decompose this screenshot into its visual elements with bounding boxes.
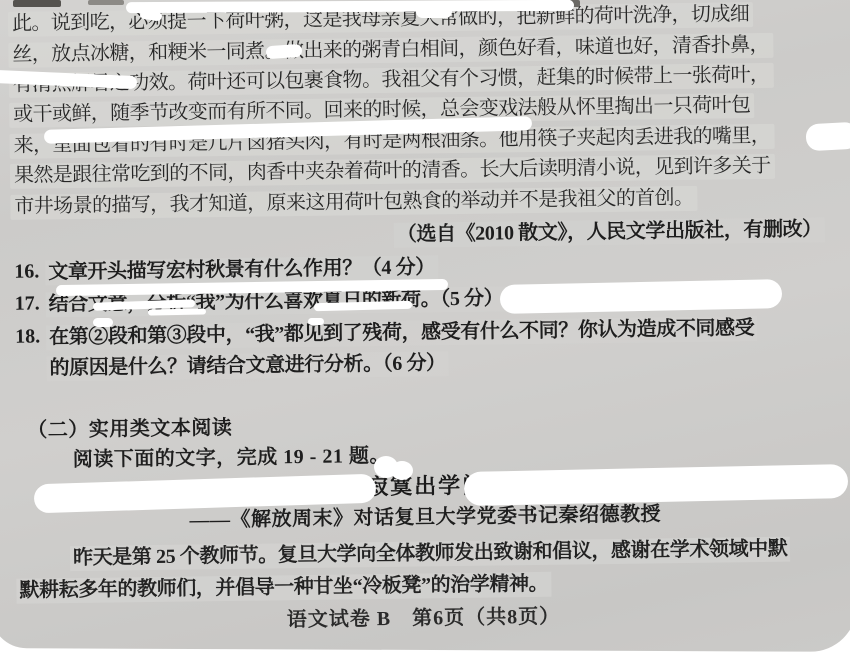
page-footer: 语文试卷 B 第6页（共8页） (287, 606, 561, 633)
essay-line-3: 有清热解暑之功效。荷叶还可以包裹食物。我祖父有个习惯，赶集的时候带上一张荷叶， (9, 63, 774, 98)
passage-subtitle: ——《解放周末》对话复旦大学党委书记秦绍德教授 (189, 503, 661, 532)
essay-line-2: 丝，放点冰糖，和粳米一同煮。做出来的粥青白相间，颜色好看，味道也好，清香扑鼻， (8, 33, 773, 68)
page-content: 此。说到吃，必须提一下荷叶粥，这是我母亲夏天常做的，把新鲜的荷叶洗净，切成细 丝… (0, 0, 850, 655)
section-2-instruction: 阅读下面的文字，完成 19 - 21 题。 (73, 445, 390, 472)
essay-line-5: 来，里面包着的有时是几片卤猪头肉，有时是两根油条。他用筷子夹起肉丢进我的嘴里， (9, 124, 774, 159)
essay-attribution: （选自《2010 散文》，人民文学出版社，有删改） (394, 217, 825, 248)
essay-line-6: 果然是跟往常吃到的不同，肉香中夹杂着荷叶的清香。长大后读明清小说，见到许多关于 (10, 154, 775, 189)
essay-line-1: 此。说到吃，必须提一下荷叶粥，这是我母亲夏天常做的，把新鲜的荷叶洗净，切成细 (8, 2, 753, 37)
question-16-text: 文章开头描写宏村秋景有什么作用？（4 分） (45, 255, 438, 285)
question-16-number: 16. (14, 260, 39, 283)
question-18-text-line-1: 在第②段和第③段中，“我”都见到了残荷，感受有什么不同？你认为造成不同感受 (46, 316, 757, 350)
question-18-text-line-2: 的原因是什么？请结合文意进行分析。（6 分） (46, 351, 448, 381)
question-17-number: 17. (15, 292, 40, 315)
passage-line-2: 默耕耘多年的教师们，并倡导一种甘坐“冷板凳”的治学精神。 (16, 572, 551, 604)
passage-line-1: 昨天是第 25 个教师节。复旦大学向全体教师发出致谢和倡议，感谢在学术领域中默 (70, 537, 791, 571)
section-2-heading: （二）实用类文本阅读 (27, 417, 232, 443)
essay-line-7: 市井场景的描写，我才知道，原来这用荷叶包熟食的举动并不是我祖父的首创。 (10, 186, 697, 220)
question-17-text: 结合文意，分析“我”为什么喜欢夏日的新荷。（5 分） (46, 286, 507, 317)
question-18-number: 18. (15, 325, 40, 348)
essay-line-4: 或干或鲜，随季节改变而有所不同。回来的时候，总会变戏法般从怀里掏出一只荷叶包 (9, 93, 754, 128)
passage-title: 寂寞出学问 (366, 473, 486, 500)
